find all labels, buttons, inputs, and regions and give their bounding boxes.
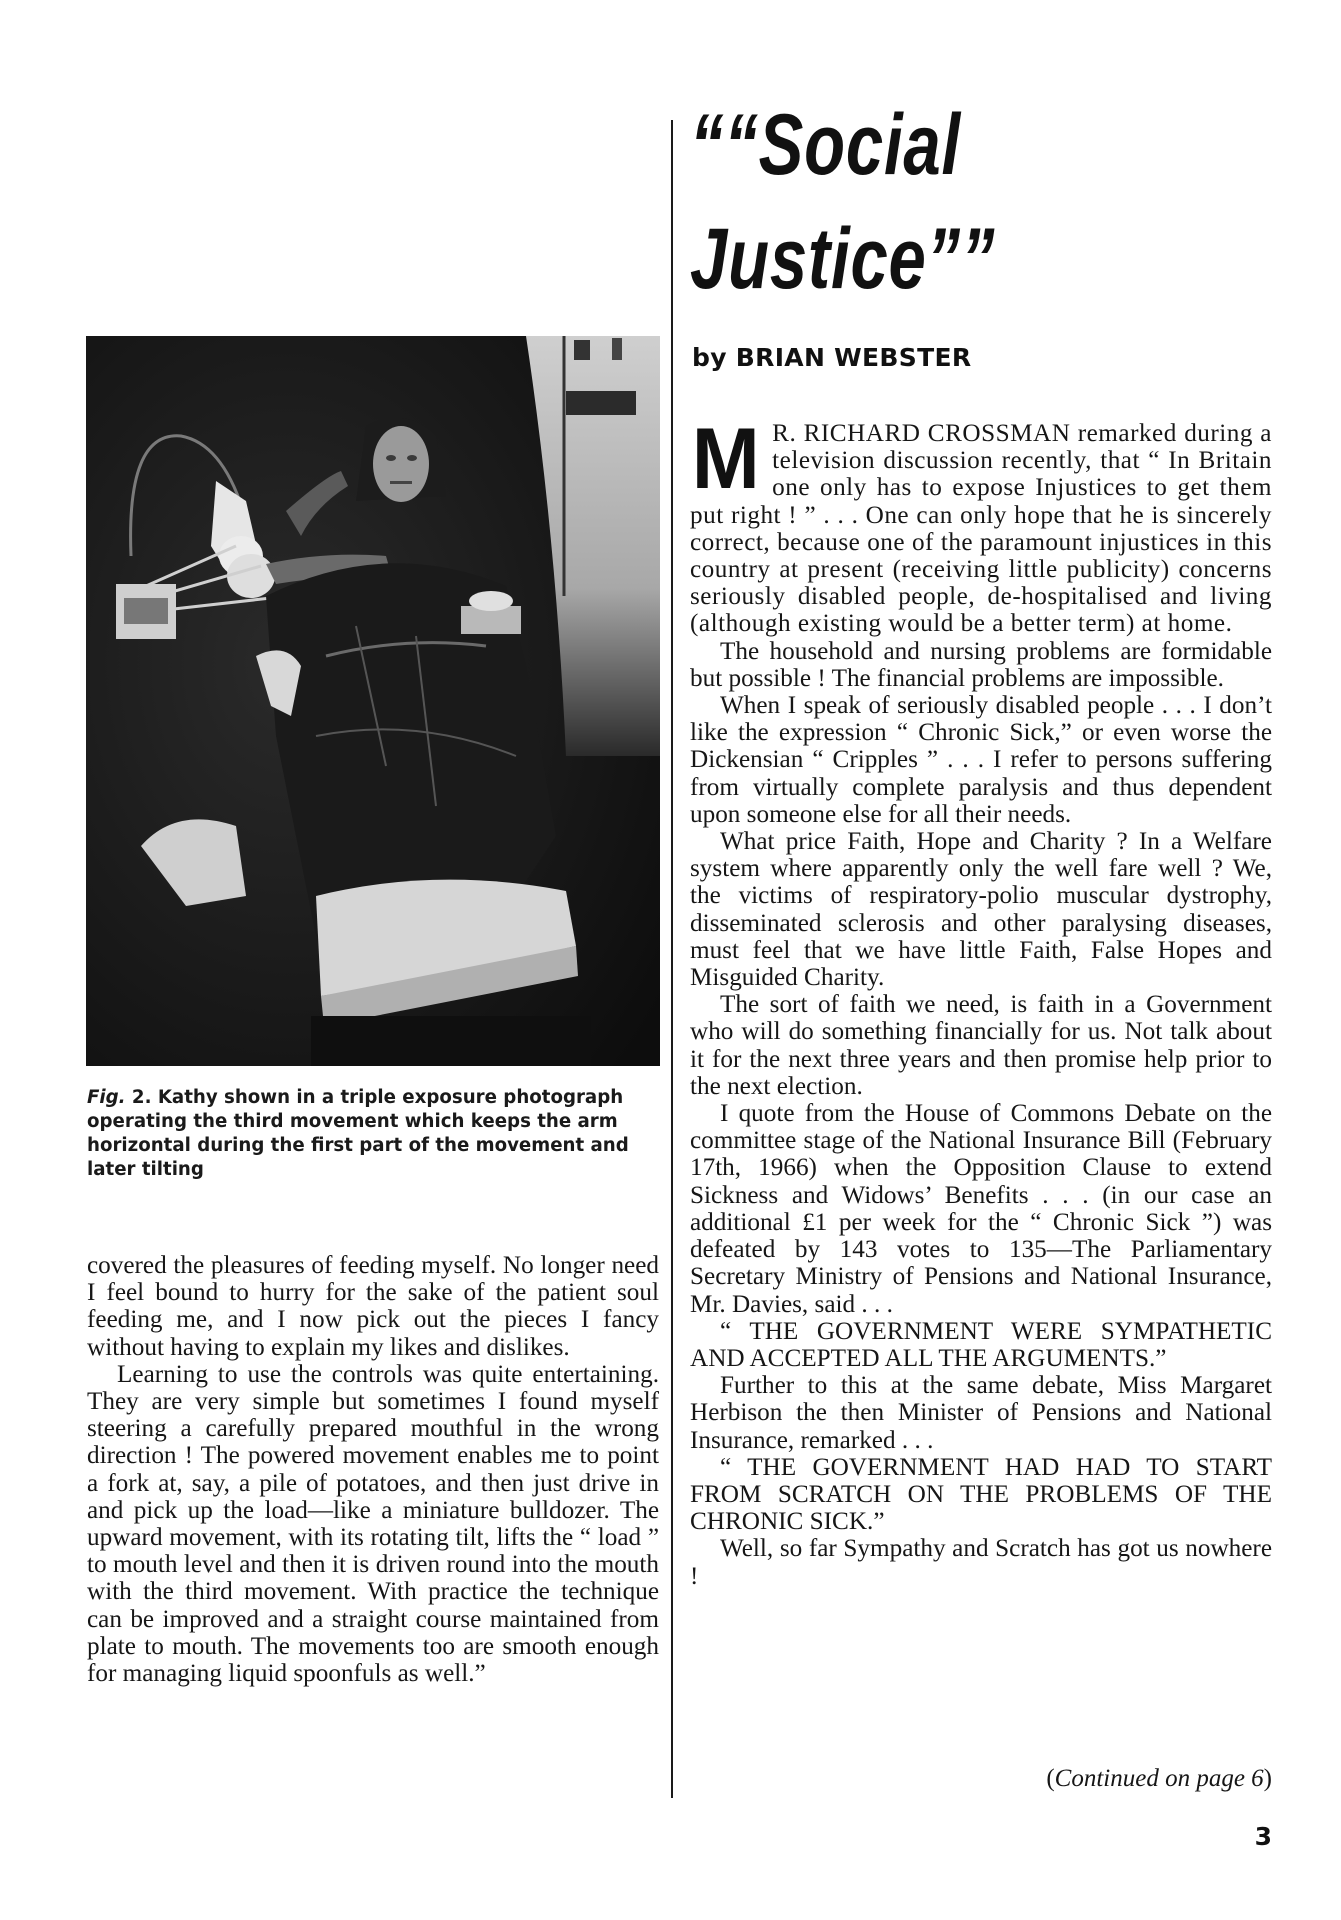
magazine-page: Fig. 2. Kathy shown in a triple exposure… [0,0,1341,1920]
right-paragraph-3: When I speak of seriously disabled peopl… [690,692,1272,828]
left-paragraph-2: Learning to use the controls was quite e… [87,1361,659,1687]
article-byline: by BRIAN WEBSTER [692,343,971,372]
continued-open-paren: ( [1046,1765,1054,1792]
continued-text: Continued on page 6 [1055,1765,1264,1792]
right-paragraph-5: The sort of faith we need, is faith in a… [690,991,1272,1100]
lead-paragraph-text: R. RICHARD CROSSMAN remarked during a te… [690,420,1272,637]
figure-label: Fig. [87,1087,126,1108]
figure-caption: Fig. 2. Kathy shown in a triple exposure… [87,1086,667,1182]
right-paragraph-6: I quote from the House of Commons Debate… [690,1100,1272,1318]
right-paragraph-8: Further to this at the same debate, Miss… [690,1372,1272,1454]
right-paragraph-4: What price Faith, Hope and Charity ? In … [690,828,1272,991]
left-column-body: covered the pleasures of feeding myself.… [87,1252,659,1687]
right-paragraph-10: Well, so far Sympathy and Scratch has go… [690,1535,1272,1589]
figure-photo-kathy-feeding-arm [86,336,660,1066]
right-paragraph-2: The household and nursing problems are f… [690,638,1272,692]
page-number: 3 [1232,1822,1272,1851]
continued-close-paren: ) [1264,1765,1272,1792]
lead-paragraph: MR. RICHARD CROSSMAN remarked during a t… [690,420,1272,638]
photo-illustration [86,336,660,1066]
headline-line-1: ““Social [690,88,995,202]
figure-caption-text: 2. Kathy shown in a triple exposure phot… [87,1087,629,1180]
drop-cap: M [692,426,761,492]
article-headline: ““Social Justice”” [690,88,995,316]
left-paragraph-1: covered the pleasures of feeding myself.… [87,1252,659,1361]
right-paragraph-9-quote: “ THE GOVERNMENT HAD HAD TO START FROM S… [690,1454,1272,1536]
continued-on-page-note: (Continued on page 6) [690,1765,1272,1793]
headline-line-2: Justice”” [690,202,995,316]
right-paragraph-7-quote: “ THE GOVERNMENT WERE SYMPA­THETIC AND A… [690,1318,1272,1372]
column-divider-rule [671,120,673,1798]
right-column-body: MR. RICHARD CROSSMAN remarked during a t… [690,420,1272,1590]
